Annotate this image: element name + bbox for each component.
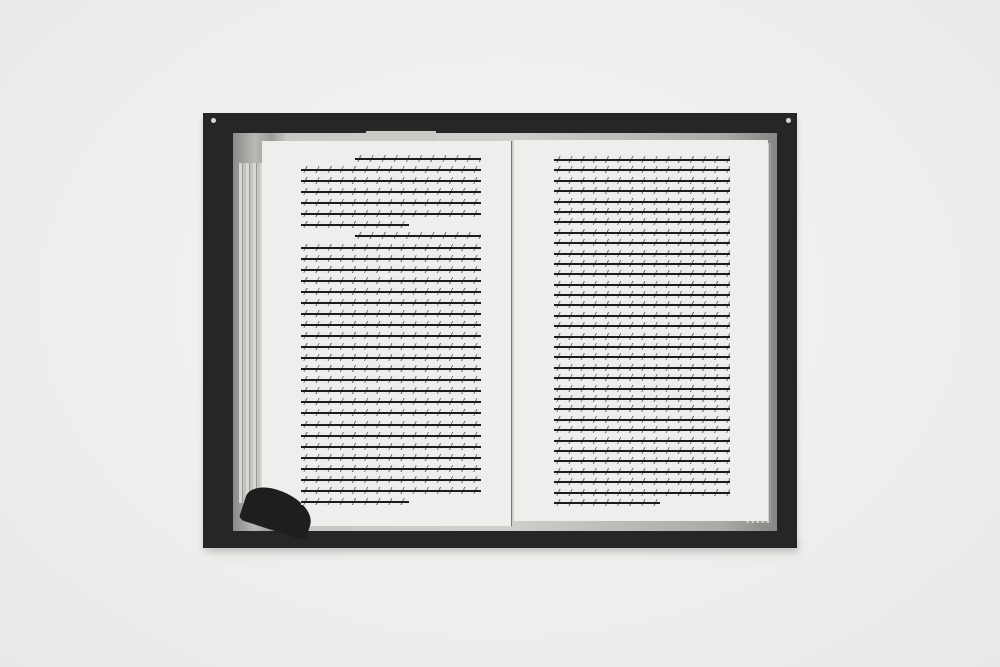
- struck-line: [554, 468, 730, 475]
- struck-line: [301, 166, 481, 173]
- struck-line: [554, 457, 730, 464]
- pin-top-left-icon: [211, 118, 216, 123]
- struck-line: [301, 199, 481, 206]
- struck-line: [554, 250, 730, 257]
- right-page-struck-text: [554, 156, 730, 506]
- struck-line: [554, 478, 730, 485]
- struck-line: [554, 291, 730, 298]
- struck-line: [554, 395, 730, 402]
- struck-line: [301, 244, 481, 251]
- struck-line: [301, 498, 409, 505]
- struck-line: [554, 312, 730, 319]
- struck-line: [554, 385, 730, 392]
- struck-line: [554, 416, 730, 423]
- struck-line: [301, 299, 481, 306]
- pin-top-right-icon: [786, 118, 791, 123]
- struck-line: [554, 489, 730, 496]
- struck-line: [301, 409, 481, 416]
- struck-line: [301, 354, 481, 361]
- struck-line: [301, 443, 481, 450]
- struck-line: [554, 447, 730, 454]
- struck-line: [301, 398, 481, 405]
- struck-line: [301, 387, 481, 394]
- struck-line: [554, 301, 730, 308]
- struck-line: [554, 374, 730, 381]
- struck-line: [554, 218, 730, 225]
- struck-line: [355, 155, 481, 162]
- struck-line: [554, 353, 730, 360]
- struck-line: [301, 177, 481, 184]
- struck-line: [301, 188, 481, 195]
- struck-line: [554, 333, 730, 340]
- struck-line: [301, 487, 481, 494]
- struck-line: [554, 166, 730, 173]
- struck-line: [554, 437, 730, 444]
- struck-line: [301, 277, 481, 284]
- struck-line: [301, 421, 481, 428]
- struck-line: [554, 156, 730, 163]
- struck-line: [301, 310, 481, 317]
- struck-line: [554, 260, 730, 267]
- struck-line: [301, 321, 481, 328]
- struck-line: [554, 426, 730, 433]
- struck-line: [554, 239, 730, 246]
- artwork-print: [203, 113, 797, 548]
- struck-line: [554, 198, 730, 205]
- left-page-struck-text: [301, 155, 481, 505]
- struck-line: [554, 364, 730, 371]
- struck-line: [301, 376, 481, 383]
- struck-line: [554, 229, 730, 236]
- struck-line: [554, 322, 730, 329]
- struck-line: [301, 476, 481, 483]
- struck-line: [355, 232, 481, 239]
- struck-line: [301, 221, 409, 228]
- struck-line: [301, 210, 481, 217]
- struck-line: [554, 177, 730, 184]
- struck-line: [301, 454, 481, 461]
- struck-line: [554, 187, 730, 194]
- struck-line: [301, 465, 481, 472]
- struck-line: [554, 270, 730, 277]
- struck-line: [554, 343, 730, 350]
- struck-line: [554, 281, 730, 288]
- struck-line: [301, 432, 481, 439]
- struck-line: [554, 208, 730, 215]
- struck-line: [301, 343, 481, 350]
- struck-line: [301, 365, 481, 372]
- struck-line: [554, 499, 660, 506]
- struck-line: [554, 405, 730, 412]
- struck-line: [301, 266, 481, 273]
- struck-line: [301, 288, 481, 295]
- struck-line: [301, 255, 481, 262]
- struck-line: [301, 332, 481, 339]
